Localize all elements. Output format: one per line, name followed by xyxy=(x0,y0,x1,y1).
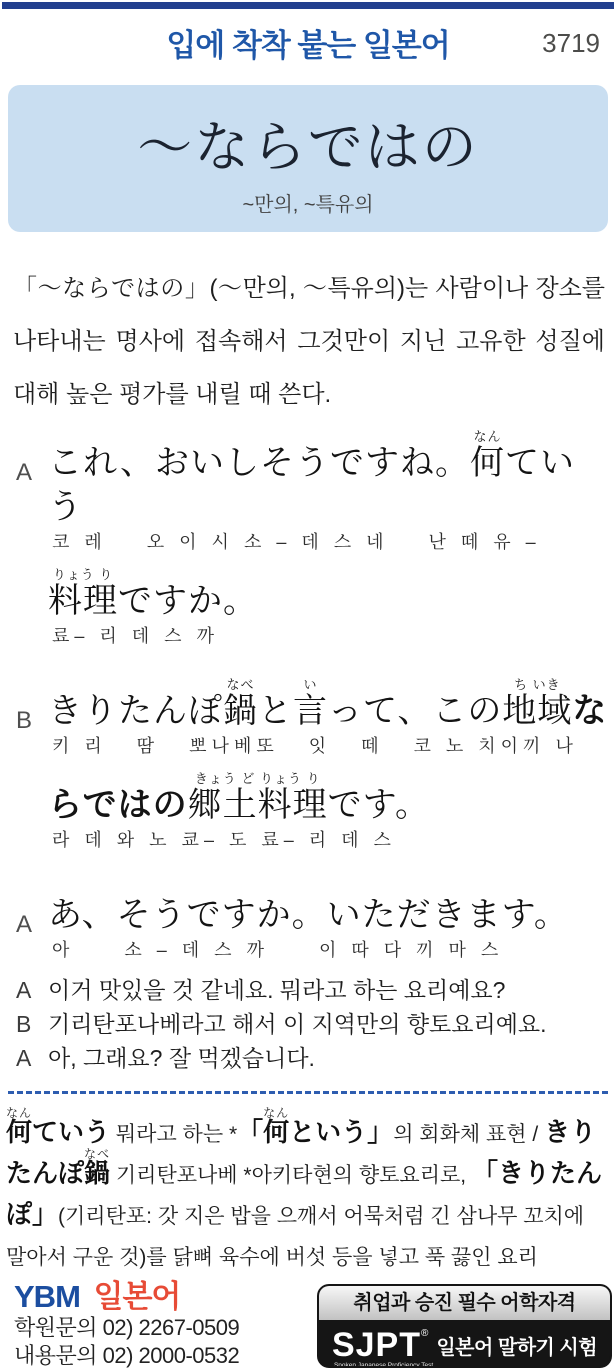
speaker-label: B xyxy=(16,699,32,743)
text-segment: 「 xyxy=(237,1117,263,1147)
japanese-line: これ、おいしそうですね。何なんていう xyxy=(48,444,575,526)
furigana: きょう ど りょう り xyxy=(195,772,321,787)
flashcard-page: 입에 착착 붙는 일본어 3719 〜ならではの ~만의, ~특유의 「〜ならで… xyxy=(0,0,616,1371)
ruby-segment: 地域ち いき xyxy=(502,692,572,731)
contact-content: 내용문의 02) 2000-0532 xyxy=(14,1343,239,1369)
text-segment: 뭐라고 하는 * xyxy=(110,1123,237,1146)
sjpt-logo-text: SJPT xyxy=(332,1326,421,1364)
text-segment: あ、そうですか。いただきます。 xyxy=(48,896,569,934)
text-segment: な xyxy=(572,692,607,730)
japanese-row: らではの郷土料理きょう ど りょう りです。 xyxy=(0,765,608,827)
ruby-segment: 何なん xyxy=(6,1118,32,1148)
ybm-logo-text: YBM xyxy=(14,1279,80,1314)
ruby-segment: 料理りょう り xyxy=(48,582,118,621)
pronunciation-line: 료– 리 데 스 까 xyxy=(52,625,616,647)
footer-brand-block: YBM 일본어 학원문의 02) 2267-0509 내용문의 02) 2000… xyxy=(14,1280,239,1369)
translation-text: 이거 맛있을 것 같네요. 뭐라고 하는 요리예요? xyxy=(48,977,505,1003)
furigana: い xyxy=(303,678,317,693)
speaker-label: A xyxy=(16,1041,31,1075)
pronunciation-line: 키 리 땀 뽀나베또 잇 떼 코 노 치이끼 나 xyxy=(52,735,616,757)
translation-text: 아, 그래요? 잘 먹겠습니다. xyxy=(48,1045,315,1071)
dialogue-utterance: A これ、おいしそうですね。何なんていう 코 레 오 이 시 소 – 데 스 네… xyxy=(0,423,616,647)
speaker-label: B xyxy=(16,1007,31,1041)
badge-top-label: 취업과 승진 필수 어학자격 xyxy=(319,1286,610,1322)
translation-text: 기리탄포나베라고 해서 이 지역만의 향토요리예요. xyxy=(48,1011,547,1037)
grammar-title-card: 〜ならではの ~만의, ~특유의 xyxy=(8,85,608,232)
japanese-row: B きりたんぽ鍋なべと言いって、この地域ち いきな xyxy=(0,671,608,733)
text-segment: って、この xyxy=(328,692,502,730)
speaker-label: A xyxy=(16,973,31,1007)
japanese-line: 料理りょう りですか。 xyxy=(48,582,258,620)
pronunciation-line: 라 데 와 노 쿄– 도 료– 리 데 스 xyxy=(52,829,616,851)
ybm-subbrand-text: 일본어 xyxy=(94,1279,181,1314)
ruby-segment: 鍋なべ xyxy=(84,1159,110,1189)
dialogue-utterance: A あ、そうですか。いただきます。 아 소 – 데 스 까 이 따 다 끼 마 … xyxy=(0,875,616,961)
text-segment: らではの xyxy=(48,786,188,824)
speaker-label: A xyxy=(16,903,32,947)
text-segment: です。 xyxy=(328,786,430,824)
furigana: なべ xyxy=(226,678,254,693)
translation-line: B 기리탄포나베라고 해서 이 지역만의 향토요리예요. xyxy=(0,1007,604,1041)
badge-bottom: SJPT® Spoken Japanese Proficiency Test 일… xyxy=(319,1322,610,1368)
badge-right-label: 일본어 말하기 시험 xyxy=(436,1331,597,1360)
text-segment: きりたんぽ xyxy=(48,692,223,730)
contact-academy: 학원문의 02) 2267-0509 xyxy=(14,1315,239,1341)
text-segment: (기리탄포: 갓 지은 밥을 으깨서 어묵처럼 긴 삼나무 꼬치에 말아서 구운… xyxy=(6,1205,584,1269)
explanation-paragraph: 「〜ならではの」(〜만의, 〜특유의)는 사람이나 장소를 나타내는 명사에 접… xyxy=(13,262,605,421)
dashed-divider xyxy=(8,1091,608,1094)
ybm-logo: YBM 일본어 xyxy=(14,1280,239,1313)
page-title: 입에 착착 붙는 일본어 xyxy=(0,20,616,65)
furigana: りょう り xyxy=(53,568,114,583)
dialogue-section: A これ、おいしそうですね。何なんていう 코 레 오 이 시 소 – 데 스 네… xyxy=(0,423,616,985)
ruby-segment: 何なん xyxy=(470,444,505,483)
translation-line: A 아, 그래요? 잘 먹겠습니다. xyxy=(0,1041,604,1075)
sjpt-badge: 취업과 승진 필수 어학자격 SJPT® Spoken Japanese Pro… xyxy=(317,1284,612,1368)
ruby-segment: 郷土料理きょう ど りょう り xyxy=(188,786,328,825)
dialogue-utterance: B きりたんぽ鍋なべと言いって、この地域ち いきな 키 리 땀 뽀나베또 잇 떼… xyxy=(0,671,616,851)
furigana: ち いき xyxy=(514,678,561,693)
text-segment: という」 xyxy=(289,1117,393,1147)
furigana: なん xyxy=(6,1107,32,1121)
japanese-row: A あ、そうですか。いただきます。 xyxy=(0,875,608,937)
text-segment: 기리탄포나베 *아키타현의 향토요리로, xyxy=(110,1164,472,1187)
furigana: なべ xyxy=(84,1148,110,1162)
vocabulary-notes: 何なんていう 뭐라고 하는 *「何なんという」의 회화체 표현 / きりたんぽ鍋… xyxy=(6,1104,610,1278)
japanese-line: あ、そうですか。いただきます。 xyxy=(48,896,569,934)
ruby-segment: 鍋なべ xyxy=(223,692,258,731)
japanese-row: 料理りょう りですか。 xyxy=(0,561,608,623)
japanese-row: A これ、おいしそうですね。何なんていう xyxy=(0,423,608,529)
text-segment: ですか。 xyxy=(118,582,258,620)
translation-section: A 이거 맛있을 것 같네요. 뭐라고 하는 요리예요? B 기리탄포나베라고 … xyxy=(0,973,616,1075)
top-accent-bar xyxy=(2,2,614,9)
card-number: 3719 xyxy=(542,28,600,59)
pronunciation-line: 아 소 – 데 스 까 이 따 다 끼 마 스 xyxy=(52,939,616,961)
furigana: なん xyxy=(263,1107,289,1121)
ruby-segment: 言い xyxy=(293,692,328,731)
ruby-segment: 何なん xyxy=(263,1118,289,1148)
text-segment: ていう xyxy=(32,1117,110,1147)
pronunciation-line: 코 레 오 이 시 소 – 데 스 네 난 떼 유 – xyxy=(52,531,616,553)
registered-mark-icon: ® xyxy=(421,1328,428,1339)
japanese-line: きりたんぽ鍋なべと言いって、この地域ち いきな xyxy=(48,692,607,730)
sjpt-logo-caption: Spoken Japanese Proficiency Test xyxy=(334,1362,433,1369)
text-segment: 의 회화체 표현 / xyxy=(393,1123,544,1146)
grammar-point-japanese: 〜ならではの xyxy=(8,103,608,182)
grammar-point-meaning: ~만의, ~특유의 xyxy=(8,188,608,217)
japanese-line: らではの郷土料理きょう ど りょう りです。 xyxy=(48,786,430,824)
sjpt-logo: SJPT® Spoken Japanese Proficiency Test xyxy=(332,1330,428,1361)
text-segment: と xyxy=(258,692,293,730)
text-segment: これ、おいしそうですね。 xyxy=(48,444,470,482)
furigana: なん xyxy=(474,430,502,445)
speaker-label: A xyxy=(16,451,32,495)
translation-line: A 이거 맛있을 것 같네요. 뭐라고 하는 요리예요? xyxy=(0,973,604,1007)
